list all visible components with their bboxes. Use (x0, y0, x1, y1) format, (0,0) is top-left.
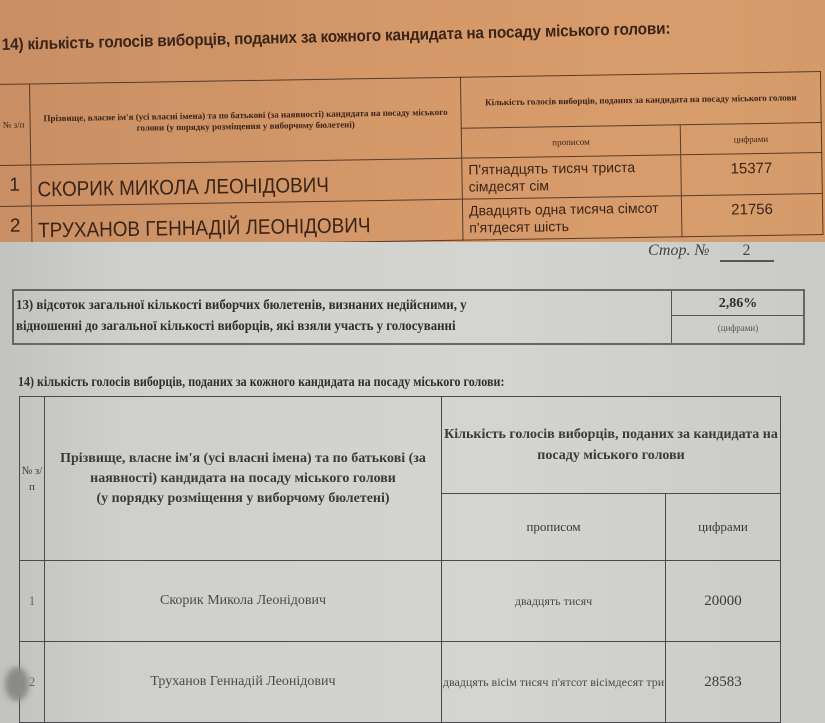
page-label: Стор. № (648, 242, 710, 259)
header-num: № з/п (20, 397, 45, 561)
votes-words: двадцять вісім тисяч п'ятсот вісімдесят … (442, 642, 666, 723)
bottom-photo-protocol: Стор. №2 13) відсоток загальної кількост… (0, 242, 825, 723)
row-num: 1 (0, 165, 31, 207)
section-14-title: 14) кількість голосів виборців, поданих … (2, 20, 671, 55)
item-13-line1: 13) відсоток загальної кількості виборчи… (16, 295, 614, 316)
header-name: Прізвище, власне ім'я (усі власні імена)… (45, 397, 442, 561)
votes-digits: 20000 (666, 561, 781, 642)
votes-table-top: № з/п Прізвище, власне ім'я (усі власні … (0, 71, 823, 242)
header-digits: цифрами (666, 494, 781, 561)
invalid-percent-caption: (цифрами) (672, 316, 804, 340)
votes-words: двадцять тисяч (442, 561, 666, 642)
row-num: 1 (20, 561, 45, 642)
header-votes: Кількість голосів виборців, поданих за к… (442, 397, 781, 494)
header-votes: Кількість голосів виборців, поданих за к… (460, 72, 821, 129)
item-13-invalid-ballots: 13) відсоток загальної кількості виборчи… (12, 289, 805, 345)
section-14-title: 14) кількість голосів виборців, поданих … (18, 375, 504, 391)
header-words: прописом (461, 125, 680, 158)
candidate-name: ТРУХАНОВ ГЕННАДІЙ ЛЕОНІДОВИЧ (31, 200, 419, 242)
candidate-name: Скорик Микола Леонідович (45, 561, 442, 642)
item-13-line2: відношенні до загальної кількості виборц… (16, 316, 614, 337)
header-digits: цифрами (680, 123, 821, 155)
header-name-note: (у порядку розміщення у виборчому бюлете… (45, 489, 441, 509)
votes-table-bottom: № з/п Прізвище, власне ім'я (усі власні … (19, 396, 781, 723)
votes-digits: 21756 (681, 194, 823, 237)
votes-digits: 28583 (666, 642, 781, 723)
header-name: Прізвище, власне ім'я (усі власні імена)… (30, 77, 462, 165)
page-number: Стор. №2 (648, 242, 774, 262)
top-photo-protocol: 14) кількість голосів виборців, поданих … (0, 0, 825, 242)
votes-words: Двадцять одна тисяча сімсот п'ятдесят ші… (462, 196, 682, 240)
table-row: 1 Скорик Микола Леонідович двадцять тися… (20, 561, 781, 642)
page-number-value: 2 (720, 242, 774, 262)
candidate-name: СКОРИК МИКОЛА ЛЕОНІДОВИЧ (31, 159, 419, 206)
votes-words: П'ятнадцять тисяч триста сімдесят сім (462, 155, 682, 199)
item-13-text: 13) відсоток загальної кількості виборчи… (16, 295, 614, 337)
header-name-text: Прізвище, власне ім'я (усі власні імена)… (45, 449, 441, 489)
header-num: № з/п (0, 84, 31, 166)
table-row: 2 Труханов Геннадій Леонідович двадцять … (20, 642, 781, 723)
item-13-value-box: 2,86% (цифрами) (671, 291, 804, 343)
votes-digits: 15377 (681, 153, 823, 196)
thumb-shadow (5, 667, 29, 701)
row-num: 2 (0, 206, 32, 242)
header-words: прописом (442, 494, 666, 561)
candidate-name: Труханов Геннадій Леонідович (45, 642, 442, 723)
invalid-percent-value: 2,86% (672, 291, 804, 316)
